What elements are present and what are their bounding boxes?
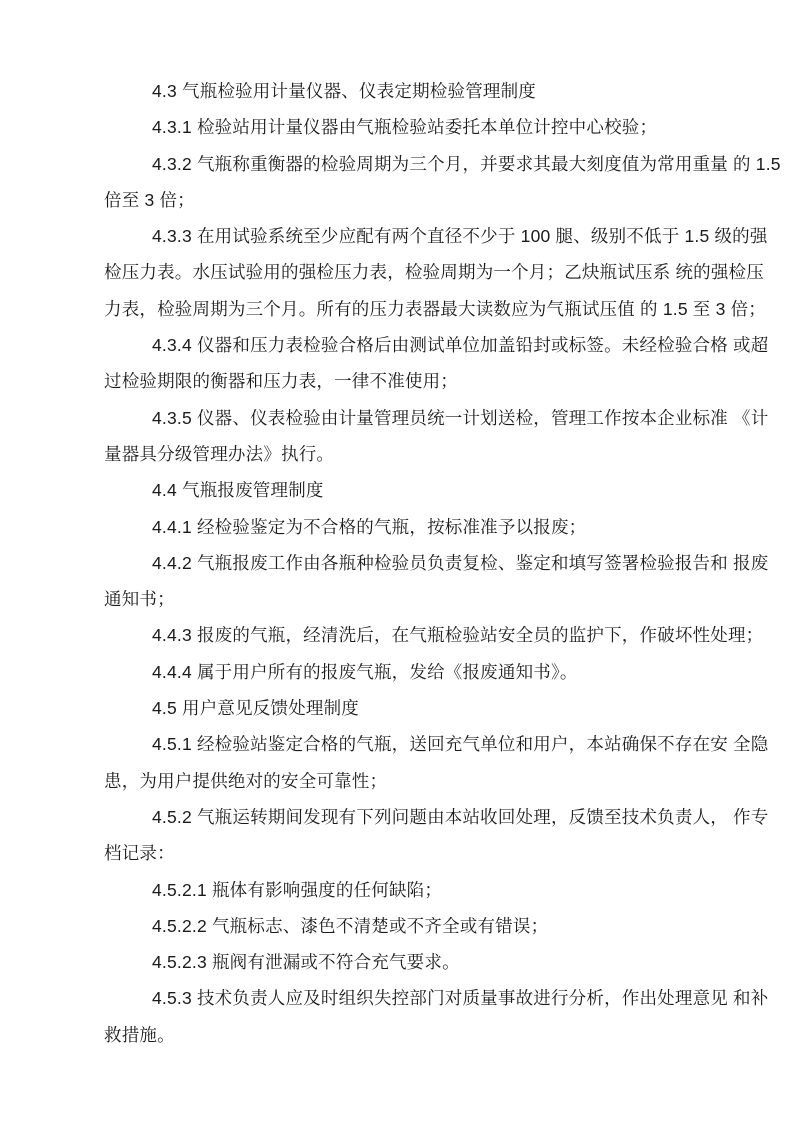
clause-4-3-5-line-1: 4.3.5 仪器、仪表检验由计量管理员统一计划送检，管理工作按本企业标准 《计 bbox=[104, 400, 705, 436]
clause-4-4-2-line-2: 通知书； bbox=[104, 581, 705, 617]
clause-4-3-4-line-2: 过检验期限的衡器和压力表，一律不准使用； bbox=[104, 363, 705, 399]
clause-4-4-4: 4.4.4 属于用户所有的报废气瓶，发给《报废通知书》。 bbox=[104, 654, 705, 690]
clause-4-3-1: 4.3.1 检验站用计量仪器由气瓶检验站委托本单位计控中心校验； bbox=[104, 109, 705, 145]
clause-4-3-3-line-2: 检压力表。水压试验用的强检压力表，检验周期为一个月；乙炔瓶试压系 统的强检压 bbox=[104, 254, 705, 290]
clause-4-5-1-line-1: 4.5.1 经检验站鉴定合格的气瓶，送回充气单位和用户，本站确保不存在安 全隐 bbox=[104, 726, 705, 762]
clause-4-5-3-line-2: 救措施。 bbox=[104, 1017, 705, 1053]
clause-4-5-2-line-1: 4.5.2 气瓶运转期间发现有下列问题由本站收回处理，反馈至技术负责人， 作专 bbox=[104, 799, 705, 835]
clause-4-5-3-line-1: 4.5.3 技术负责人应及时组织失控部门对质量事故进行分析，作出处理意见 和补 bbox=[104, 980, 705, 1016]
clause-4-3-4-line-1: 4.3.4 仪器和压力表检验合格后由测试单位加盖铅封或标签。未经检验合格 或超 bbox=[104, 327, 705, 363]
clause-4-5-2-3: 4.5.2.3 瓶阀有泄漏或不符合充气要求。 bbox=[104, 944, 705, 980]
clause-4-5-2-2: 4.5.2.2 气瓶标志、漆色不清楚或不齐全或有错误； bbox=[104, 908, 705, 944]
clause-4-3-2-line-2: 倍至 3 倍； bbox=[104, 182, 705, 218]
clause-4-5-1-line-2: 患，为用户提供绝对的安全可靠性； bbox=[104, 763, 705, 799]
clause-4-3-3-line-3: 力表，检验周期为三个月。所有的压力表器最大读数应为气瓶试压值 的 1.5 至 3… bbox=[104, 291, 705, 327]
document-page: 4.3 气瓶检验用计量仪器、仪表定期检验管理制度 4.3.1 检验站用计量仪器由… bbox=[0, 0, 793, 1122]
clause-4-4-1: 4.4.1 经检验鉴定为不合格的气瓶，按标准准予以报废； bbox=[104, 509, 705, 545]
clause-4-5-2-line-2: 档记录： bbox=[104, 835, 705, 871]
clause-4-5-2-1: 4.5.2.1 瓶体有影响强度的任何缺陷； bbox=[104, 872, 705, 908]
section-4-5-title: 4.5 用户意见反馈处理制度 bbox=[104, 690, 705, 726]
clause-4-3-3-line-1: 4.3.3 在用试验系统至少应配有两个直径不少于 100 腿、级别不低于 1.5… bbox=[104, 218, 705, 254]
clause-4-3-5-line-2: 量器具分级管理办法》执行。 bbox=[104, 436, 705, 472]
section-4-4-title: 4.4 气瓶报废管理制度 bbox=[104, 472, 705, 508]
clause-4-4-2-line-1: 4.4.2 气瓶报废工作由各瓶种检验员负责复检、鉴定和填写签署检验报告和 报废 bbox=[104, 545, 705, 581]
clause-4-4-3: 4.4.3 报废的气瓶，经清洗后，在气瓶检验站安全员的监护下，作破坏性处理； bbox=[104, 617, 705, 653]
section-4-3-title: 4.3 气瓶检验用计量仪器、仪表定期检验管理制度 bbox=[104, 73, 705, 109]
clause-4-3-2-line-1: 4.3.2 气瓶称重衡器的检验周期为三个月，并要求其最大刻度值为常用重量 的 1… bbox=[104, 146, 705, 182]
